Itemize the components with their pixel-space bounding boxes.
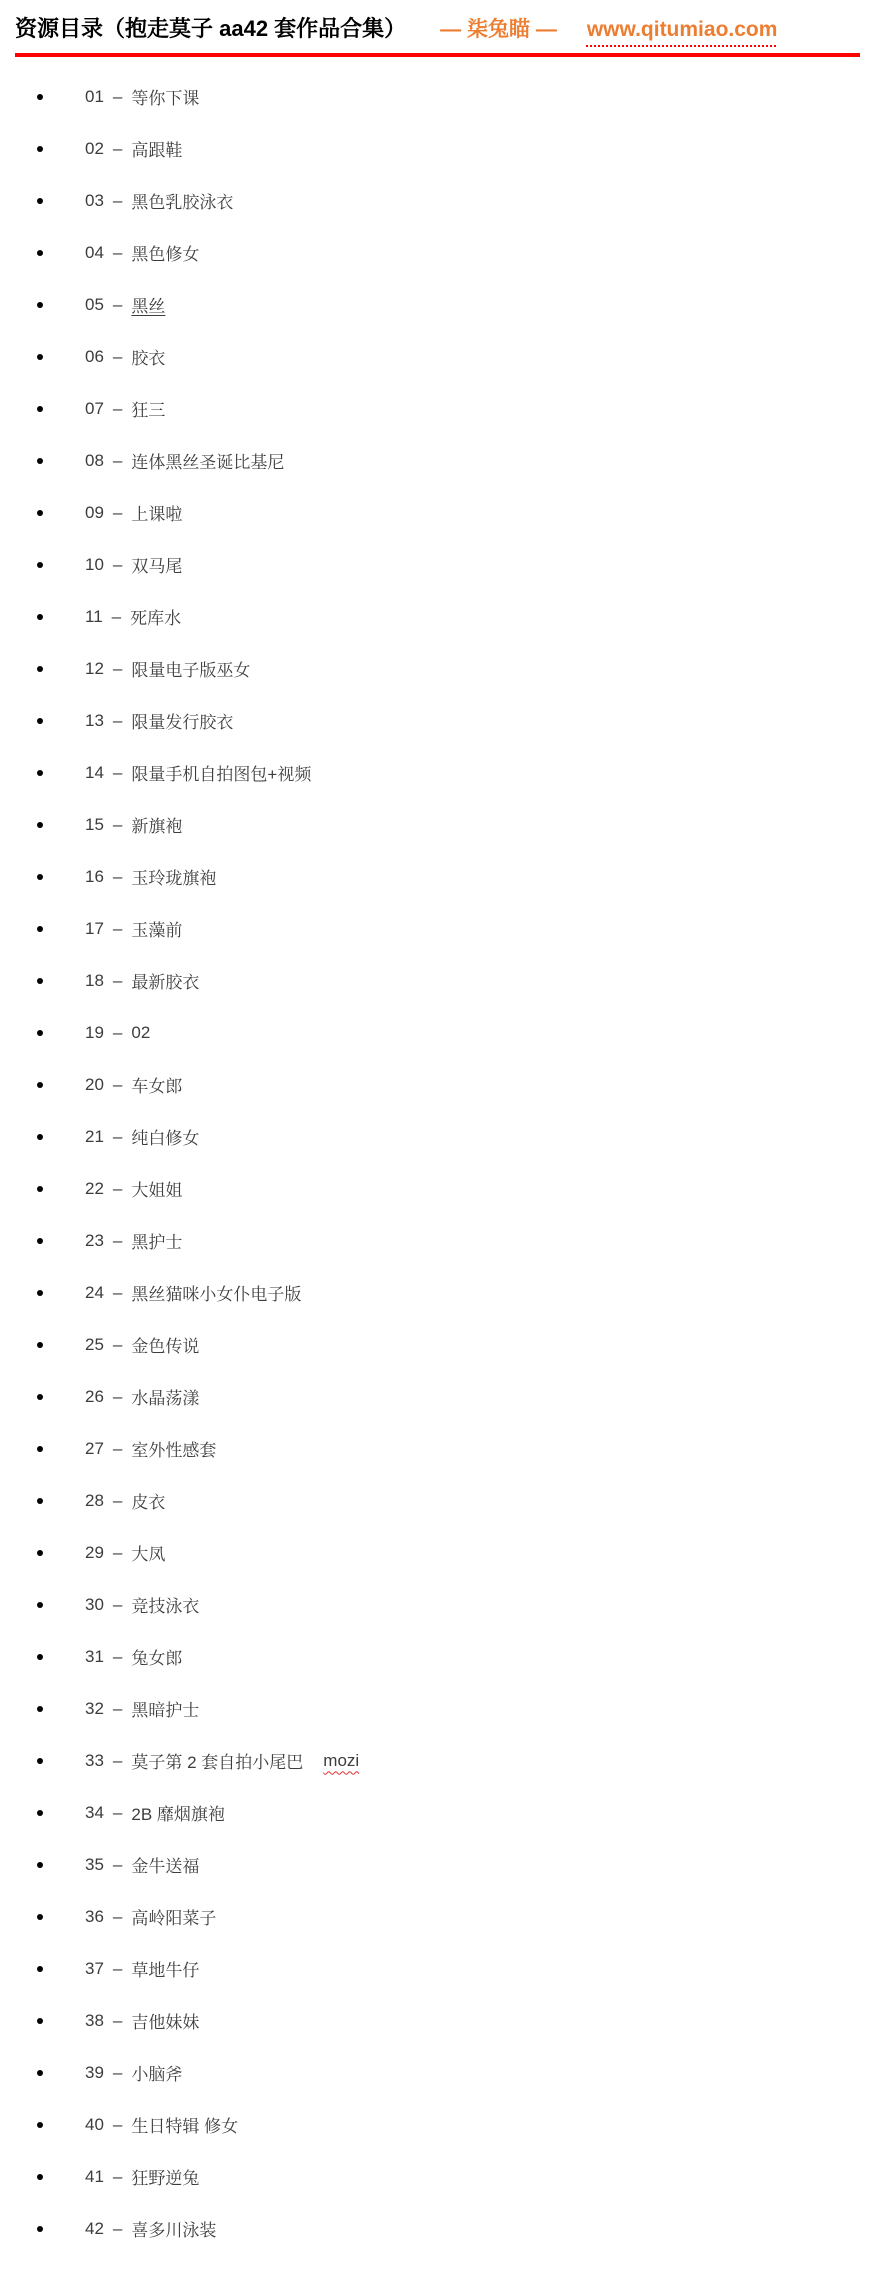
item-number: 21 — [85, 1127, 104, 1147]
item-separator: – — [113, 1023, 122, 1043]
list-item: 38 – 吉他妹妹 — [15, 1995, 860, 2047]
item-name: 限量发行胶衣 — [131, 708, 233, 733]
item-separator: – — [113, 1595, 122, 1615]
item-separator: – — [113, 139, 122, 159]
item-name: 黑暗护士 — [131, 1696, 199, 1721]
site-url-link[interactable]: www.qitumiao.com — [587, 18, 778, 42]
item-number: 25 — [85, 1335, 104, 1355]
list-item: 23 – 黑护士 — [15, 1215, 860, 1267]
resource-list: 01 – 等你下课 02 – 高跟鞋 03 – 黑色乳胶泳衣 04 – 黑色修女… — [15, 71, 860, 2255]
item-separator: – — [113, 1439, 122, 1459]
item-separator: – — [113, 1335, 122, 1355]
item-name: 喜多川泳装 — [131, 2216, 216, 2241]
item-separator: – — [112, 607, 121, 627]
item-number: 23 — [85, 1231, 104, 1251]
item-number: 36 — [85, 1907, 104, 1927]
item-name: 双马尾 — [131, 552, 182, 577]
list-item: 19 – 02 — [15, 1007, 860, 1059]
list-item: 05 – 黑丝 — [15, 279, 860, 331]
item-name: 吉他妹妹 — [131, 2008, 199, 2033]
item-name: 金色传说 — [131, 1332, 199, 1357]
list-item: 06 – 胶衣 — [15, 331, 860, 383]
item-name: 黑色乳胶泳衣 — [131, 188, 233, 213]
item-separator: – — [113, 1127, 122, 1147]
list-item: 27 – 室外性感套 — [15, 1423, 860, 1475]
item-name: 2B 靡烟旗袍 — [131, 1800, 225, 1825]
list-item: 12 – 限量电子版巫女 — [15, 643, 860, 695]
item-number: 33 — [85, 1751, 104, 1771]
item-suffix: mozi — [323, 1751, 359, 1771]
item-number: 28 — [85, 1491, 104, 1511]
page-title: 资源目录（抱走莫子 aa42 套作品合集） — [15, 15, 406, 44]
item-name: 02 — [131, 1023, 150, 1043]
item-name: 兔女郎 — [131, 1644, 182, 1669]
item-separator: – — [113, 451, 122, 471]
list-item: 25 – 金色传说 — [15, 1319, 860, 1371]
item-number: 24 — [85, 1283, 104, 1303]
item-name: 莫子第 2 套自拍小尾巴 — [131, 1748, 303, 1773]
item-number: 07 — [85, 399, 104, 419]
item-separator: – — [113, 919, 122, 939]
list-item: 24 – 黑丝猫咪小女仆电子版 — [15, 1267, 860, 1319]
list-item: 21 – 纯白修女 — [15, 1111, 860, 1163]
item-number: 15 — [85, 815, 104, 835]
list-item: 13 – 限量发行胶衣 — [15, 695, 860, 747]
item-name: 高跟鞋 — [131, 136, 182, 161]
list-item: 37 – 草地牛仔 — [15, 1943, 860, 1995]
list-item: 18 – 最新胶衣 — [15, 955, 860, 1007]
item-name: 上课啦 — [131, 500, 182, 525]
item-name: 死库水 — [130, 604, 181, 629]
item-name: 纯白修女 — [131, 1124, 199, 1149]
item-name: 生日特辑 修女 — [131, 2112, 238, 2137]
item-separator: – — [113, 243, 122, 263]
item-separator: – — [113, 815, 122, 835]
item-number: 39 — [85, 2063, 104, 2083]
item-number: 04 — [85, 243, 104, 263]
item-separator: – — [113, 503, 122, 523]
item-number: 37 — [85, 1959, 104, 1979]
list-item: 15 – 新旗袍 — [15, 799, 860, 851]
list-item: 30 – 竞技泳衣 — [15, 1579, 860, 1631]
item-separator: – — [113, 2115, 122, 2135]
item-number: 38 — [85, 2011, 104, 2031]
list-item: 28 – 皮衣 — [15, 1475, 860, 1527]
item-name: 黑丝 — [131, 292, 165, 317]
item-separator: – — [113, 1907, 122, 1927]
item-separator: – — [113, 1543, 122, 1563]
item-separator: – — [113, 867, 122, 887]
item-separator: – — [113, 1179, 122, 1199]
item-number: 35 — [85, 1855, 104, 1875]
list-item: 22 – 大姐姐 — [15, 1163, 860, 1215]
item-name: 草地牛仔 — [131, 1956, 199, 1981]
item-number: 18 — [85, 971, 104, 991]
item-number: 26 — [85, 1387, 104, 1407]
item-separator: – — [113, 1387, 122, 1407]
item-number: 14 — [85, 763, 104, 783]
item-number: 01 — [85, 87, 104, 107]
list-item: 40 – 生日特辑 修女 — [15, 2099, 860, 2151]
item-separator: – — [113, 1699, 122, 1719]
item-name: 小脑斧 — [131, 2060, 182, 2085]
item-name: 黑色修女 — [131, 240, 199, 265]
list-item: 42 – 喜多川泳装 — [15, 2203, 860, 2255]
item-separator: – — [113, 971, 122, 991]
item-number: 27 — [85, 1439, 104, 1459]
item-number: 05 — [85, 295, 104, 315]
item-number: 08 — [85, 451, 104, 471]
item-separator: – — [113, 1647, 122, 1667]
list-item: 11 – 死库水 — [15, 591, 860, 643]
list-item: 32 – 黑暗护士 — [15, 1683, 860, 1735]
list-item: 04 – 黑色修女 — [15, 227, 860, 279]
list-item: 08 – 连体黑丝圣诞比基尼 — [15, 435, 860, 487]
item-separator: – — [113, 1283, 122, 1303]
item-separator: – — [113, 1855, 122, 1875]
item-number: 17 — [85, 919, 104, 939]
item-number: 41 — [85, 2167, 104, 2187]
item-name: 室外性感套 — [131, 1436, 216, 1461]
item-name: 大姐姐 — [131, 1176, 182, 1201]
list-item: 26 – 水晶荡漾 — [15, 1371, 860, 1423]
item-number: 22 — [85, 1179, 104, 1199]
item-separator: – — [113, 1491, 122, 1511]
item-name: 狂野逆兔 — [131, 2164, 199, 2189]
item-separator: – — [113, 659, 122, 679]
item-number: 12 — [85, 659, 104, 679]
item-separator: – — [113, 295, 122, 315]
item-number: 13 — [85, 711, 104, 731]
item-separator: – — [113, 763, 122, 783]
item-name: 胶衣 — [131, 344, 165, 369]
list-item: 01 – 等你下课 — [15, 71, 860, 123]
item-name: 黑护士 — [131, 1228, 182, 1253]
item-separator: – — [113, 2167, 122, 2187]
document-header: 资源目录（抱走莫子 aa42 套作品合集） — 柒兔瞄 — www.qitumi… — [15, 0, 860, 57]
item-separator: – — [113, 711, 122, 731]
item-separator: – — [113, 1803, 122, 1823]
list-item: 41 – 狂野逆兔 — [15, 2151, 860, 2203]
item-number: 19 — [85, 1023, 104, 1043]
list-item: 17 – 玉藻前 — [15, 903, 860, 955]
item-number: 29 — [85, 1543, 104, 1563]
item-separator: – — [113, 2219, 122, 2239]
item-separator: – — [113, 1075, 122, 1095]
list-item: 20 – 车女郎 — [15, 1059, 860, 1111]
item-separator: – — [113, 87, 122, 107]
list-item: 29 – 大凤 — [15, 1527, 860, 1579]
item-separator: – — [113, 1751, 122, 1771]
item-number: 42 — [85, 2219, 104, 2239]
list-item: 10 – 双马尾 — [15, 539, 860, 591]
item-separator: – — [113, 347, 122, 367]
list-item: 31 – 兔女郎 — [15, 1631, 860, 1683]
item-name: 玉藻前 — [131, 916, 182, 941]
list-item: 09 – 上课啦 — [15, 487, 860, 539]
item-number: 34 — [85, 1803, 104, 1823]
item-name: 最新胶衣 — [131, 968, 199, 993]
item-number: 03 — [85, 191, 104, 211]
item-separator: – — [113, 191, 122, 211]
list-item: 16 – 玉玲珑旗袍 — [15, 851, 860, 903]
list-item: 07 – 狂三 — [15, 383, 860, 435]
item-separator: – — [113, 399, 122, 419]
item-number: 09 — [85, 503, 104, 523]
item-separator: – — [113, 1959, 122, 1979]
item-number: 20 — [85, 1075, 104, 1095]
item-separator: – — [113, 1231, 122, 1251]
item-name: 连体黑丝圣诞比基尼 — [131, 448, 284, 473]
list-item: 39 – 小脑斧 — [15, 2047, 860, 2099]
item-number: 06 — [85, 347, 104, 367]
item-number: 31 — [85, 1647, 104, 1667]
item-name: 限量手机自拍图包+视频 — [131, 760, 311, 785]
item-name: 皮衣 — [131, 1488, 165, 1513]
list-item: 36 – 高岭阳菜子 — [15, 1891, 860, 1943]
list-item: 14 – 限量手机自拍图包+视频 — [15, 747, 860, 799]
item-name: 竞技泳衣 — [131, 1592, 199, 1617]
item-name: 高岭阳菜子 — [131, 1904, 216, 1929]
item-name: 车女郎 — [131, 1072, 182, 1097]
item-name: 等你下课 — [131, 84, 199, 109]
item-name: 限量电子版巫女 — [131, 656, 250, 681]
item-separator: – — [113, 2063, 122, 2083]
brand-text: — 柒兔瞄 — — [440, 13, 557, 43]
item-name: 金牛送福 — [131, 1852, 199, 1877]
list-item: 33 – 莫子第 2 套自拍小尾巴 mozi — [15, 1735, 860, 1787]
item-number: 02 — [85, 139, 104, 159]
item-name: 狂三 — [131, 396, 165, 421]
item-number: 40 — [85, 2115, 104, 2135]
list-item: 35 – 金牛送福 — [15, 1839, 860, 1891]
list-item: 02 – 高跟鞋 — [15, 123, 860, 175]
item-number: 30 — [85, 1595, 104, 1615]
item-number: 32 — [85, 1699, 104, 1719]
item-name: 玉玲珑旗袍 — [131, 864, 216, 889]
item-name: 水晶荡漾 — [131, 1384, 199, 1409]
list-item: 34 – 2B 靡烟旗袍 — [15, 1787, 860, 1839]
item-name: 黑丝猫咪小女仆电子版 — [131, 1280, 301, 1305]
item-name: 新旗袍 — [131, 812, 182, 837]
item-name: 大凤 — [131, 1540, 165, 1565]
item-number: 10 — [85, 555, 104, 575]
item-number: 11 — [85, 607, 103, 627]
list-item: 03 – 黑色乳胶泳衣 — [15, 175, 860, 227]
item-number: 16 — [85, 867, 104, 887]
item-separator: – — [113, 555, 122, 575]
item-separator: – — [113, 2011, 122, 2031]
